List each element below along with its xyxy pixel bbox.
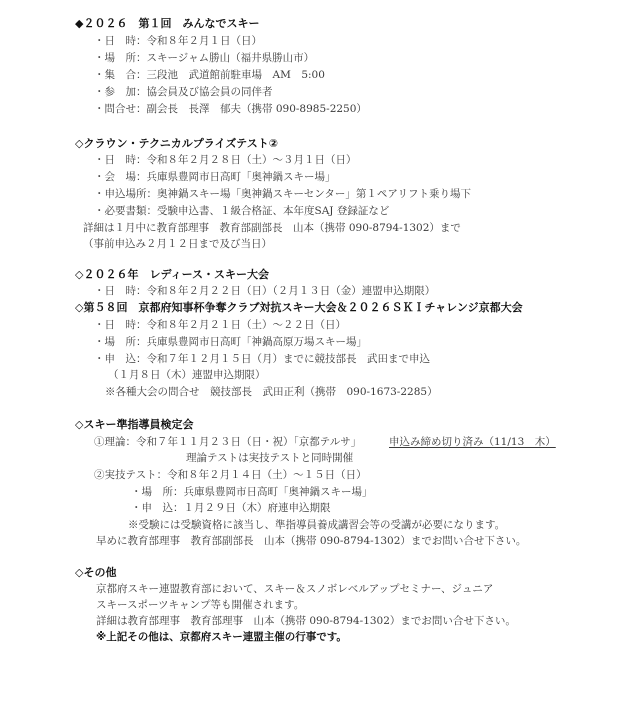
theory-note: 理論テストは実技テストと同時開催 <box>186 452 353 465</box>
event-place: ・場 所：兵庫県豊岡市日高町「神鍋高原万場スキー場」 <box>94 336 367 349</box>
event-participants: ・参 加：協会員及び協会員の同伴者 <box>94 86 273 99</box>
event-deadline-note: （１月８日（木）連盟申込期限） <box>108 369 266 382</box>
event-date: ・日 時：令和８年２月２２日（日）（２月１３日（金）連盟申込期限） <box>94 285 435 298</box>
event-place: ・場 所：スキージャム勝山（福井県勝山市） <box>94 52 314 65</box>
theory-status: 申込み締め切り済み（11/13 木） <box>389 436 556 449</box>
practical-place: ・場 所：兵庫県豊岡市日高町「奥神鍋スキー場」 <box>131 486 373 499</box>
event-documents: ・必要書類：受験申込書、１級合格証、本年度SAJ 登録証など <box>94 205 389 218</box>
event-application-place: ・申込場所：奥神鍋スキー場「奥神鍋スキーセンター」第１ペアリフト乗り場下 <box>94 188 471 201</box>
event-date: ・日 時：令和８年２月２８日（土）～３月１日（日） <box>94 154 357 167</box>
others-footer-note: ※上記その他は、京都府スキー連盟主催の行事です。 <box>96 631 347 644</box>
section-title-ladies-ski: ◇２０２６年 レディース・スキー大会 <box>75 268 269 281</box>
section-title-instructor-exam: ◇スキー準指導員検定会 <box>75 418 193 431</box>
section-title-others: ◇その他 <box>75 566 116 579</box>
event-date: ・日 時：令和８年２月１日（日） <box>94 35 262 48</box>
practical-exam: ②実技テスト：令和８年２月１４日（土）～１５日（日） <box>94 469 367 482</box>
others-text: スキースポーツキャンプ等も開催されます。 <box>96 599 304 612</box>
section-title-minna-de-ski: ◆２０２６ 第１回 みんなでスキー <box>75 17 259 30</box>
event-inquiry-note: ※各種大会の問合せ 競技部長 武田正利（携帯 090-1673-2285） <box>105 386 438 399</box>
event-date: ・日 時：令和８年２月２１日（土）～２２日（日） <box>94 319 346 332</box>
event-contact: ・問合せ：副会長 長澤 郁夫（携帯 090-8985-2250） <box>94 103 367 116</box>
others-text: 京都府スキー連盟教育部において、スキー＆スノボレベルアップセミナー、ジュニア <box>96 583 493 596</box>
contact-note: 早めに教育部理事 教育部副部長 山本（携帯 090-8794-1302）までお問… <box>96 535 526 548</box>
event-details-note: 詳細は１月中に教育部理事 教育部副部長 山本（携帯 090-8794-1302）… <box>83 222 461 235</box>
others-contact: 詳細は教育部理事 教育部理事 山本（携帯 090-8794-1302）までお問い… <box>96 615 516 628</box>
qualification-note: ※受験には受験資格に該当し、準指導員養成講習会等の受講が必要になります。 <box>128 519 505 532</box>
section-title-governor-cup: ◇第５８回 京都府知事杯争奪クラブ対抗スキー大会＆２０２６ＳＫＩチャレンジ京都大… <box>75 301 523 314</box>
theory-exam: ①理論：令和７年１１月２３日（日・祝）「京都テルサ」 <box>94 436 361 449</box>
section-title-crown-technical: ◇クラウン・テクニカルプライズテスト② <box>75 137 278 150</box>
event-meeting: ・集 合：三段池 武道館前駐車場 AM 5:00 <box>94 69 325 82</box>
event-application: ・申 込：令和７年１２月１５日（月）までに競技部長 武田まで申込 <box>94 353 430 366</box>
event-venue: ・会 場：兵庫県豊岡市日高町「奥神鍋スキー場」 <box>94 171 336 184</box>
practical-application: ・申 込：１月２９日（木）府連申込期限 <box>131 502 331 515</box>
event-preregistration-note: （事前申込み２月１２日まで及び当日） <box>83 238 272 251</box>
